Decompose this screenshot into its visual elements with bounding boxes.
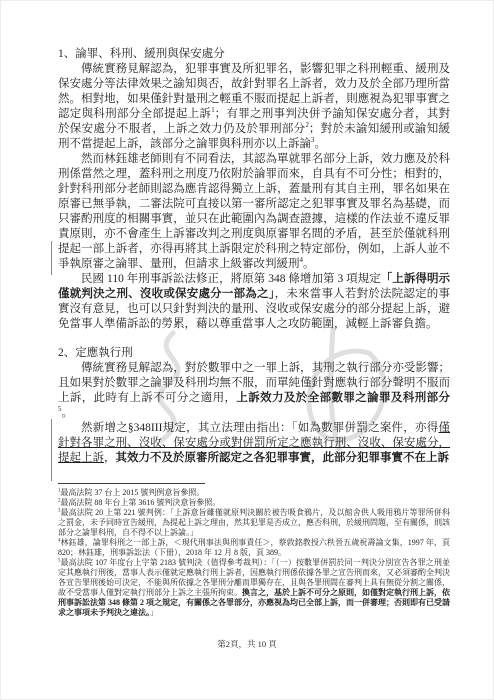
document-body: 1、論罪、科刑、緩刑與保安處分 傳統實務見解認為，犯罪事實及所犯罪名，影響犯罪之…: [58, 47, 450, 466]
paragraph-multiple-crimes: 傳統實務見解認為，對於數罪中之一罪上訴，其刑之執行部分亦受影響；且如果對於數罪之…: [58, 361, 450, 421]
section-2-heading: 2、定應執行刑: [58, 346, 450, 361]
page-number: 第2頁，共 10 頁: [1, 638, 493, 650]
paragraph-amendment-110: 民國 110 年刑事訴訟法修正，將原第 348 條增加第 3 項規定「上訴得明示…: [58, 272, 450, 332]
footnote-1: 1最高法院 37 台上 2015 號判例意旨參照。: [58, 488, 450, 498]
footnote-separator: [58, 483, 205, 484]
revision-bar: [51, 419, 52, 481]
footnotes: 1最高法院 37 台上 2015 號判例意旨參照。 2最高法院 88 年台上第 …: [58, 488, 450, 618]
footnote-3: 3最高法院 20 上第 221 號判例：「上訴意旨雖僅就原判決關於被告吸食鴉片，…: [58, 508, 450, 538]
document-page: 1、論罪、科刑、緩刑與保安處分 傳統實務見解認為，犯罪事實及所犯罪名，影響犯罪之…: [0, 0, 494, 700]
paragraph-traditional-view: 傳統實務見解認為，犯罪事實及所犯罪名，影響犯罪之科刑輕重、緩刑及保安處分等法律效…: [58, 62, 450, 152]
section-1-heading: 1、論罪、科刑、緩刑與保安處分: [58, 47, 450, 62]
revision-bar: [51, 241, 52, 275]
footnote-4: 4林鈺雄，論罪科刑之一部上訴，＜現代刑事法與刑事責任＞，蔡敦銘教授六秩晉五歲祝壽…: [58, 538, 450, 558]
paragraph-348iii: 然新增之§348III規定，其立法理由指出：「如為數罪併罰之案件，亦得僅針對各罪…: [58, 421, 450, 466]
footnote-5: 5最高法院 107 年度台上字第 2183 號判決（值得參考裁判）：「（一）按數…: [58, 558, 450, 618]
paragraph-lin-yuxiong-view: 然而林鈺雄老師則有不同看法，其認為單就罪名部分上訴，效力應及於科刑係當然之理，蓋…: [58, 152, 450, 272]
footnote-2: 2最高法院 88 年台上第 3616 號判決意旨參照。: [58, 498, 450, 508]
